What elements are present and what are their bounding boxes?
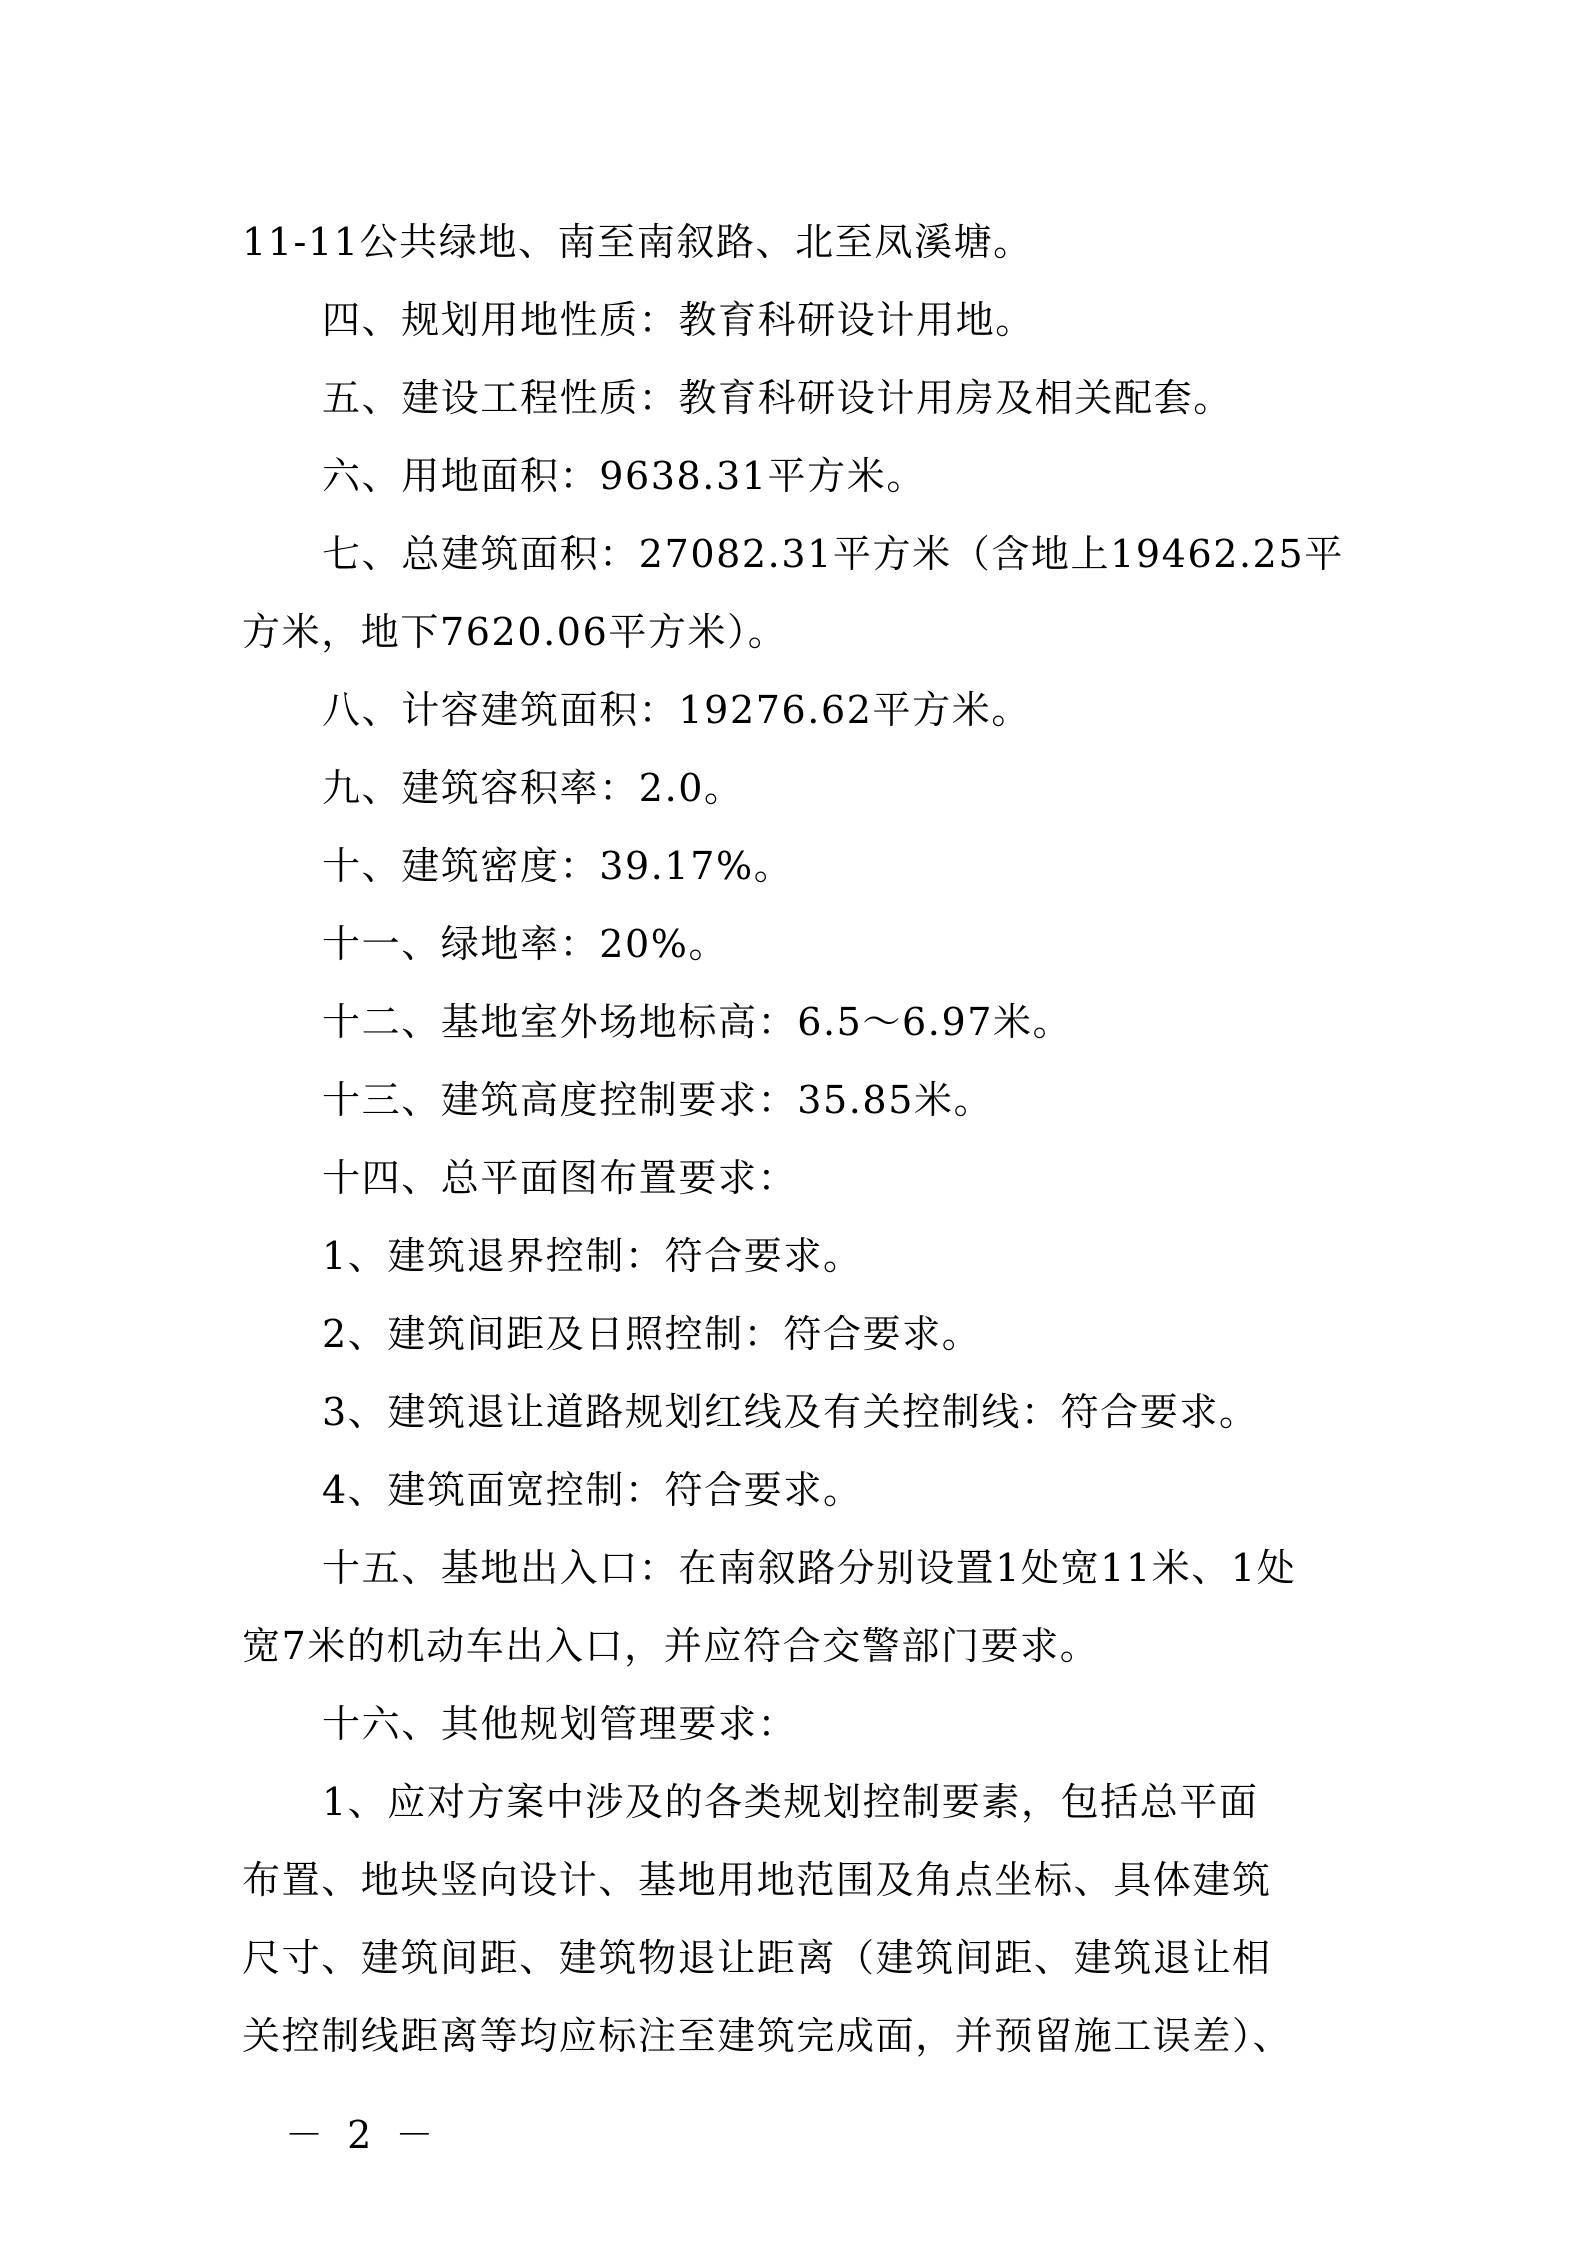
paragraph-line: 方米，地下7620.06平方米）。 xyxy=(242,609,1362,655)
paragraph-line: 十四、总平面图布置要求： xyxy=(322,1155,1442,1201)
page-number: － 2 － xyxy=(285,2112,439,2158)
paragraph-line: 3、建筑退让道路规划红线及有关控制线：符合要求。 xyxy=(322,1389,1442,1435)
paragraph-line: 布置、地块竖向设计、基地用地范围及角点坐标、具体建筑 xyxy=(242,1857,1362,1903)
paragraph-line: 九、建筑容积率：2.0。 xyxy=(322,765,1442,811)
paragraph-line: 11-11公共绿地、南至南叙路、北至凤溪塘。 xyxy=(242,219,1362,265)
document-page: 11-11公共绿地、南至南叙路、北至凤溪塘。 四、规划用地性质：教育科研设计用地… xyxy=(0,0,1587,2245)
paragraph-line: 十五、基地出入口：在南叙路分别设置1处宽11米、1处 xyxy=(322,1545,1442,1591)
paragraph-line: 1、建筑退界控制：符合要求。 xyxy=(322,1233,1442,1279)
paragraph-line: 1、应对方案中涉及的各类规划控制要素，包括总平面 xyxy=(322,1779,1442,1825)
paragraph-line: 关控制线距离等均应标注至建筑完成面，并预留施工误差）、 xyxy=(242,2013,1362,2059)
paragraph-line: 十二、基地室外场地标高：6.5～6.97米。 xyxy=(322,999,1442,1045)
paragraph-line: 十三、建筑高度控制要求：35.85米。 xyxy=(322,1077,1442,1123)
paragraph-line: 四、规划用地性质：教育科研设计用地。 xyxy=(322,297,1442,343)
paragraph-line: 五、建设工程性质：教育科研设计用房及相关配套。 xyxy=(322,375,1442,421)
paragraph-line: 十一、绿地率：20%。 xyxy=(322,921,1442,967)
paragraph-line: 十、建筑密度：39.17%。 xyxy=(322,843,1442,889)
paragraph-line: 4、建筑面宽控制：符合要求。 xyxy=(322,1467,1442,1513)
paragraph-line: 六、用地面积：9638.31平方米。 xyxy=(322,453,1442,499)
paragraph-line: 八、计容建筑面积：19276.62平方米。 xyxy=(322,687,1442,733)
paragraph-line: 十六、其他规划管理要求： xyxy=(322,1701,1442,1747)
paragraph-line: 七、总建筑面积：27082.31平方米（含地上19462.25平 xyxy=(322,531,1442,577)
paragraph-line: 尺寸、建筑间距、建筑物退让距离（建筑间距、建筑退让相 xyxy=(242,1935,1362,1981)
paragraph-line: 2、建筑间距及日照控制：符合要求。 xyxy=(322,1311,1442,1357)
paragraph-line: 宽7米的机动车出入口，并应符合交警部门要求。 xyxy=(242,1623,1362,1669)
